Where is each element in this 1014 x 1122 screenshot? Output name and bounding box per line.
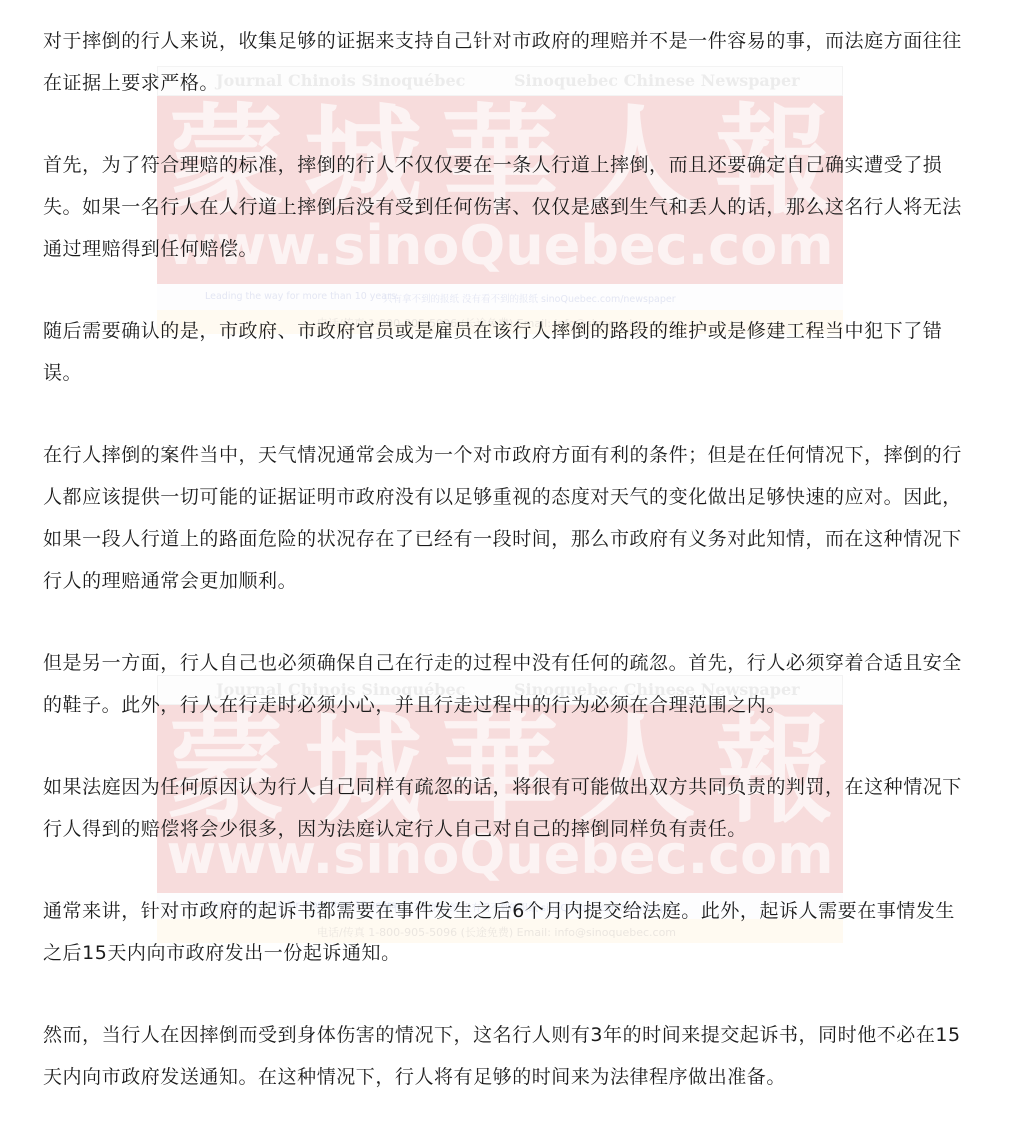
article-paragraph: 然而，当行人在因摔倒而受到身体伤害的情况下，这名行人则有3年的时间来提交起诉书，… bbox=[43, 1014, 972, 1098]
article-body: 对于摔倒的行人来说，收集足够的证据来支持自己针对市政府的理赔并不是一件容易的事，… bbox=[0, 0, 1014, 1098]
article-paragraph: 如果法庭因为任何原因认为行人自己同样有疏忽的话，将很有可能做出双方共同负责的判罚… bbox=[43, 766, 972, 850]
article-paragraph: 通常来讲，针对市政府的起诉书都需要在事件发生之后6个月内提交给法庭。此外，起诉人… bbox=[43, 890, 972, 974]
article-paragraph: 随后需要确认的是，市政府、市政府官员或是雇员在该行人摔倒的路段的维护或是修建工程… bbox=[43, 310, 972, 394]
article-paragraph: 在行人摔倒的案件当中，天气情况通常会成为一个对市政府方面有利的条件；但是在任何情… bbox=[43, 434, 972, 602]
article-paragraph: 对于摔倒的行人来说，收集足够的证据来支持自己针对市政府的理赔并不是一件容易的事，… bbox=[43, 20, 972, 104]
article-paragraph: 但是另一方面，行人自己也必须确保自己在行走的过程中没有任何的疏忽。首先，行人必须… bbox=[43, 642, 972, 726]
article-paragraph: 首先，为了符合理赔的标准，摔倒的行人不仅仅要在一条人行道上摔倒，而且还要确定自己… bbox=[43, 144, 972, 270]
